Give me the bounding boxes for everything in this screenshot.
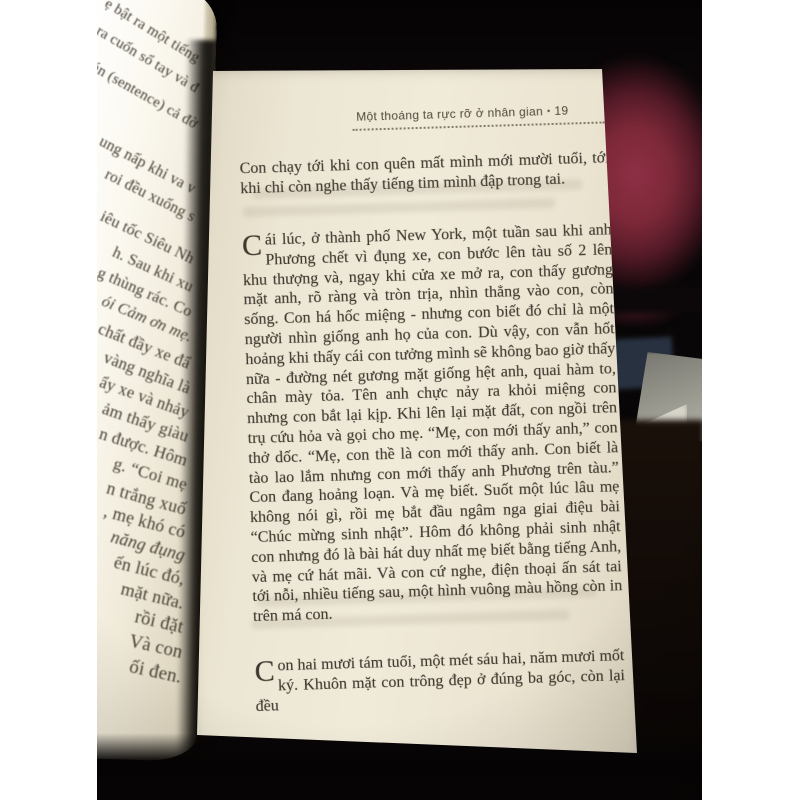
- paragraph-new-york-text: ái lúc, ở thành phố New York, một tuần s…: [243, 221, 623, 625]
- paragraph-opening: Con chạy tới khi con quên mất mình mới m…: [239, 148, 610, 199]
- right-page: Một thoáng ta rực rỡ ở nhân gian•19 Con …: [197, 64, 637, 760]
- drop-cap: C: [242, 231, 266, 260]
- drop-cap: C: [254, 656, 278, 685]
- paragraph-new-york: Cái lúc, ở thành phố New York, một tuần …: [242, 220, 624, 627]
- paragraph-age-text: on hai mươi tám tuổi, một mét sáu hai, n…: [255, 647, 625, 715]
- paragraph-age: Con hai mươi tám tuổi, một mét sáu hai, …: [254, 646, 626, 716]
- bleed-through-text: [243, 198, 555, 217]
- book-photo: ẹ bật ra một tiếng ra cuốn sổ tay và đ á…: [97, 0, 702, 800]
- screenshot-root: ẹ bật ra một tiếng ra cuốn sổ tay và đ á…: [0, 0, 800, 800]
- right-page-content: Một thoáng ta rực rỡ ở nhân gian•19 Con …: [197, 57, 657, 766]
